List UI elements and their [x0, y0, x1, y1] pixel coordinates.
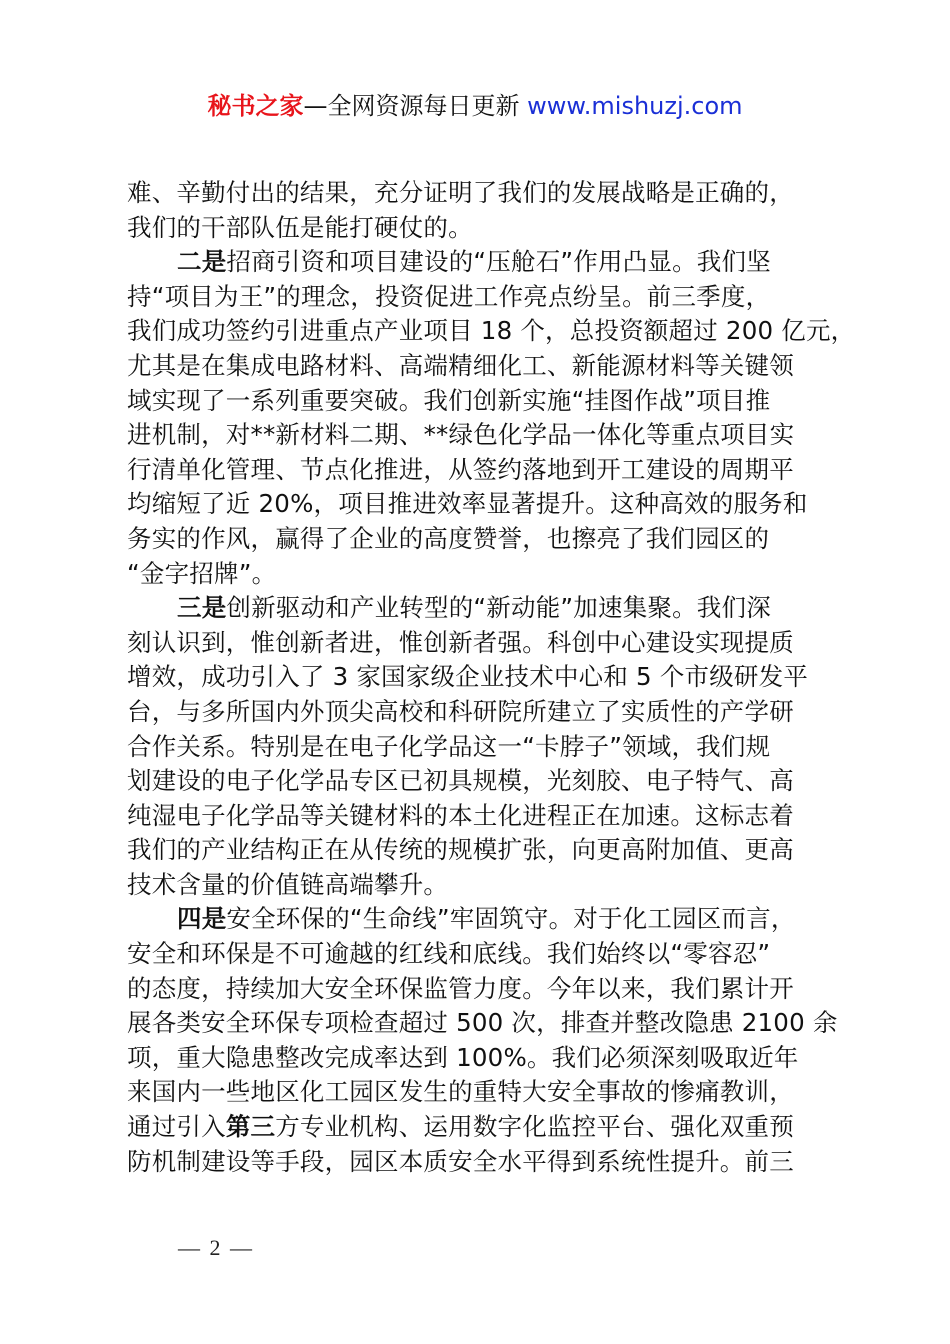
text-line: 展各类安全环保专项检查超过 500 次，排查并整改隐患 2100 余 — [127, 1006, 837, 1041]
page-number: — 2 — — [178, 1235, 254, 1261]
text-line: 安全和环保是不可逾越的红线和底线。我们始终以“零容忍” — [127, 937, 837, 972]
text-line: 持“项目为王”的理念，投资促进工作亮点纷呈。前三季度， — [127, 280, 837, 315]
header-slogan: —全网资源每日更新 — [303, 92, 527, 120]
text-line: 划建设的电子化学品专区已初具规模，光刻胶、电子特气、高 — [127, 764, 837, 799]
paragraph-lead: 三是 — [177, 593, 226, 622]
paragraph-3-first-line: 三是创新驱动和产业转型的“新动能”加速集聚。我们深 — [127, 591, 837, 626]
text-line: 增效，成功引入了 3 家国家级企业技术中心和 5 个市级研发平 — [127, 660, 837, 695]
paragraph-lead: 四是 — [177, 904, 226, 933]
text-line: 务实的作风，赢得了企业的高度赞誉，也擦亮了我们园区的 — [127, 522, 837, 557]
text-line: 我们的干部队伍是能打硬仗的。 — [127, 211, 837, 246]
text-line: 防机制建设等手段，园区本质安全水平得到系统性提升。前三 — [127, 1145, 837, 1180]
text-line: 纯湿电子化学品等关键材料的本土化进程正在加速。这标志着 — [127, 799, 837, 834]
paragraph-4-first-line: 四是安全环保的“生命线”牢固筑守。对于化工园区而言， — [127, 902, 837, 937]
text-line: 行清单化管理、节点化推进，从签约落地到开工建设的周期平 — [127, 453, 837, 488]
text-line: 刻认识到，惟创新者进，惟创新者强。科创中心建设实现提质 — [127, 626, 837, 661]
text-line: 尤其是在集成电路材料、高端精细化工、新能源材料等关键领 — [127, 349, 837, 384]
text-line: “金字招牌”。 — [127, 557, 837, 592]
text-line: 我们成功签约引进重点产业项目 18 个，总投资额超过 200 亿元， — [127, 314, 837, 349]
text-line: 项，重大隐患整改完成率达到 100%。我们必须深刻吸取近年 — [127, 1041, 837, 1076]
text-line: 域实现了一系列重要突破。我们创新实施“挂图作战”项目推 — [127, 384, 837, 419]
text-line: 技术含量的价值链高端攀升。 — [127, 868, 837, 903]
paragraph-2-first-line: 二是招商引资和项目建设的“压舱石”作用凸显。我们坚 — [127, 245, 837, 280]
text-line: 来国内一些地区化工园区发生的重特大安全事故的惨痛教训， — [127, 1075, 837, 1110]
document-body: 难、辛勤付出的结果，充分证明了我们的发展战略是正确的， 我们的干部队伍是能打硬仗… — [127, 176, 837, 1179]
website-link[interactable]: www.mishuzj.com — [527, 92, 742, 120]
watermark-header: 秘书之家—全网资源每日更新 www.mishuzj.com — [0, 88, 950, 124]
text-line: 我们的产业结构正在从传统的规模扩张，向更高附加值、更高 — [127, 833, 837, 868]
paragraph-lead: 二是 — [177, 247, 226, 276]
text-line-mixed-bold: 通过引入第三方专业机构、运用数字化监控平台、强化双重预 — [127, 1110, 837, 1145]
text-line: 进机制，对**新材料二期、**绿色化学品一体化等重点项目实 — [127, 418, 837, 453]
text-line: 难、辛勤付出的结果，充分证明了我们的发展战略是正确的， — [127, 176, 837, 211]
text-line: 的态度，持续加大安全环保监管力度。今年以来，我们累计开 — [127, 972, 837, 1007]
text-line: 台，与多所国内外顶尖高校和科研院所建立了实质性的产学研 — [127, 695, 837, 730]
text-line: 均缩短了近 20%，项目推进效率显著提升。这种高效的服务和 — [127, 487, 837, 522]
text-line: 合作关系。特别是在电子化学品这一“卡脖子”领域，我们规 — [127, 730, 837, 765]
brand-name: 秘书之家 — [207, 92, 303, 120]
